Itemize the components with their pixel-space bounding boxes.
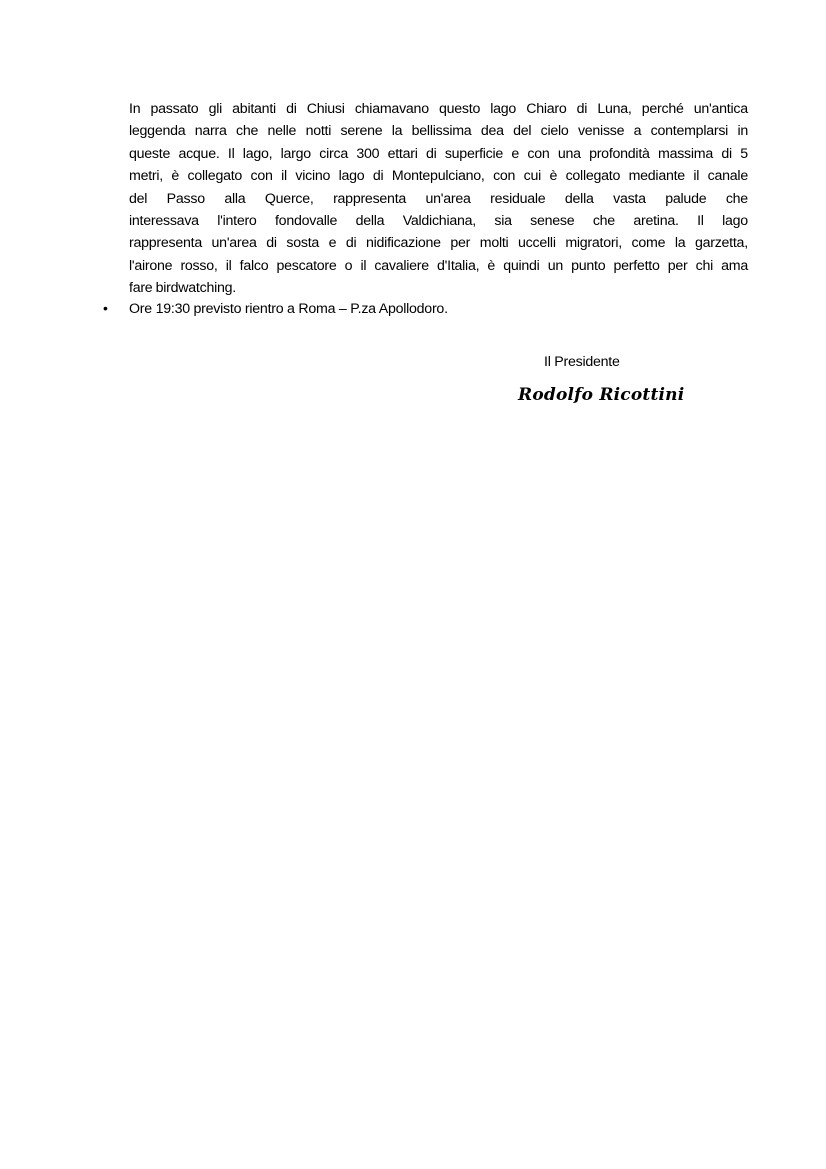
- word: e: [511, 143, 519, 165]
- word: uccelli: [518, 232, 556, 254]
- word: lago: [722, 210, 748, 232]
- word: il: [693, 165, 699, 187]
- word: questo: [439, 98, 480, 120]
- word: Querce,: [265, 188, 314, 210]
- word: superficie: [445, 143, 503, 165]
- word: della: [356, 210, 385, 232]
- word: d'Italia,: [437, 255, 479, 277]
- word: o: [345, 255, 353, 277]
- word: cui: [524, 165, 541, 187]
- word: bellissima: [412, 120, 472, 142]
- word: queste: [129, 143, 170, 165]
- paragraph-line: metri,ècollegatoconilvicinolagodiMontepu…: [129, 165, 748, 187]
- word: largo: [281, 143, 311, 165]
- word: molti: [480, 232, 509, 254]
- word: aretina.: [633, 210, 678, 232]
- word: chiamavano: [355, 98, 429, 120]
- word: 300: [356, 143, 379, 165]
- word: Montepulciano,: [392, 165, 485, 187]
- word: perfetto: [613, 255, 659, 277]
- word: di: [286, 98, 297, 120]
- word: che: [726, 188, 748, 210]
- word: nidificazione: [366, 232, 441, 254]
- word: di: [266, 232, 277, 254]
- word: abitanti: [232, 98, 276, 120]
- word: punto: [571, 255, 605, 277]
- word: il: [281, 165, 287, 187]
- word: il: [360, 255, 366, 277]
- word: massima: [658, 143, 713, 165]
- word: collegato: [188, 165, 243, 187]
- word: rosso,: [180, 255, 217, 277]
- word: acque.: [178, 143, 219, 165]
- document-page: InpassatogliabitantidiChiusichiamavanoqu…: [0, 0, 826, 1169]
- word: contemplarsi: [651, 120, 728, 142]
- word: il: [226, 255, 232, 277]
- word: migratori,: [565, 232, 622, 254]
- paragraph-line: interessaval'interofondovalledellaValdic…: [129, 210, 748, 232]
- word: gli: [209, 98, 222, 120]
- word: lago,: [243, 143, 273, 165]
- paragraph-line: leggendanarrachenellenottiserenelabellis…: [129, 120, 748, 142]
- word: rappresenta: [129, 232, 202, 254]
- word: profondità: [589, 143, 650, 165]
- word: Passo: [167, 188, 205, 210]
- word: garzetta,: [695, 232, 748, 254]
- paragraph-line: delPassoallaQuerce,rappresentaun'areares…: [129, 188, 748, 210]
- word: collegato: [566, 165, 621, 187]
- word: venisse: [578, 120, 624, 142]
- word: 5: [740, 143, 748, 165]
- word: circa: [319, 143, 348, 165]
- bullet-icon: •: [103, 297, 129, 319]
- word: Chiaro: [526, 98, 566, 120]
- word: ama: [721, 255, 748, 277]
- word: quindi: [503, 255, 539, 277]
- word: l'intero: [217, 210, 256, 232]
- word: Il: [697, 210, 704, 232]
- word: falco: [240, 255, 269, 277]
- word: mediante: [629, 165, 685, 187]
- word: è: [549, 165, 557, 187]
- word: in: [737, 120, 748, 142]
- word: di: [721, 143, 732, 165]
- word: lago: [490, 98, 516, 120]
- word: interessava: [129, 210, 199, 232]
- word: del: [129, 188, 147, 210]
- word: che: [593, 210, 615, 232]
- word: senese: [530, 210, 574, 232]
- word: perché: [642, 98, 684, 120]
- word: Luna,: [597, 98, 631, 120]
- word: notti: [306, 120, 332, 142]
- word: chi: [696, 255, 713, 277]
- word: un'antica: [694, 98, 748, 120]
- word: fondovalle: [275, 210, 337, 232]
- paragraph-line: l'aironerosso,ilfalcopescatoreoilcavalie…: [129, 255, 748, 277]
- word: la: [675, 232, 686, 254]
- word: canale: [708, 165, 748, 187]
- bullet-list-item-return: • Ore 19:30 previsto rientro a Roma – P.…: [103, 297, 748, 320]
- word: di: [577, 98, 588, 120]
- word: serene: [341, 120, 383, 142]
- word: un: [548, 255, 563, 277]
- word: dea: [481, 120, 504, 142]
- word: pescatore: [276, 255, 336, 277]
- bullet-item-text: Ore 19:30 previsto rientro a Roma – P.za…: [129, 298, 448, 320]
- word: di: [426, 143, 437, 165]
- word: del: [513, 120, 531, 142]
- word: che: [236, 120, 258, 142]
- word: con: [493, 165, 515, 187]
- word: di: [346, 232, 357, 254]
- word: cielo: [541, 120, 569, 142]
- word: nelle: [267, 120, 296, 142]
- word: una: [558, 143, 581, 165]
- signature-title: Il Presidente: [544, 352, 620, 372]
- word: con: [251, 165, 273, 187]
- word: metri,: [129, 165, 163, 187]
- word: Chiusi: [307, 98, 345, 120]
- word: per: [450, 232, 470, 254]
- word: lago: [339, 165, 365, 187]
- word: un'area: [426, 188, 471, 210]
- word: ettari: [388, 143, 418, 165]
- word: In: [129, 98, 140, 120]
- signature-name: Rodolfo Ricottini: [518, 383, 684, 407]
- word: un'area: [212, 232, 257, 254]
- word: come: [632, 232, 666, 254]
- word: rappresenta: [333, 188, 406, 210]
- paragraph-line: rappresentaun'areadisostaedinidificazion…: [129, 232, 748, 254]
- word: l'airone: [129, 255, 172, 277]
- word: è: [487, 255, 495, 277]
- word: della: [565, 188, 594, 210]
- word: con: [527, 143, 549, 165]
- word: palude: [665, 188, 706, 210]
- word: cavaliere: [374, 255, 429, 277]
- word: narra: [195, 120, 227, 142]
- word: per: [668, 255, 688, 277]
- word: Il: [228, 143, 235, 165]
- word: sia: [494, 210, 511, 232]
- lake-description-paragraph: InpassatogliabitantidiChiusichiamavanoqu…: [129, 98, 748, 300]
- word: residuale: [490, 188, 545, 210]
- word: passato: [150, 98, 198, 120]
- paragraph-line: InpassatogliabitantidiChiusichiamavanoqu…: [129, 98, 748, 120]
- word: vicino: [295, 165, 330, 187]
- word: la: [392, 120, 403, 142]
- word: sosta: [286, 232, 319, 254]
- word: e: [329, 232, 337, 254]
- word: Valdichiana,: [403, 210, 476, 232]
- word: vasta: [613, 188, 646, 210]
- paragraph-line: questeacque.Illago,largocirca300ettaridi…: [129, 143, 748, 165]
- word: a: [634, 120, 642, 142]
- word: leggenda: [129, 120, 185, 142]
- word: è: [171, 165, 179, 187]
- word: di: [373, 165, 384, 187]
- word: alla: [224, 188, 245, 210]
